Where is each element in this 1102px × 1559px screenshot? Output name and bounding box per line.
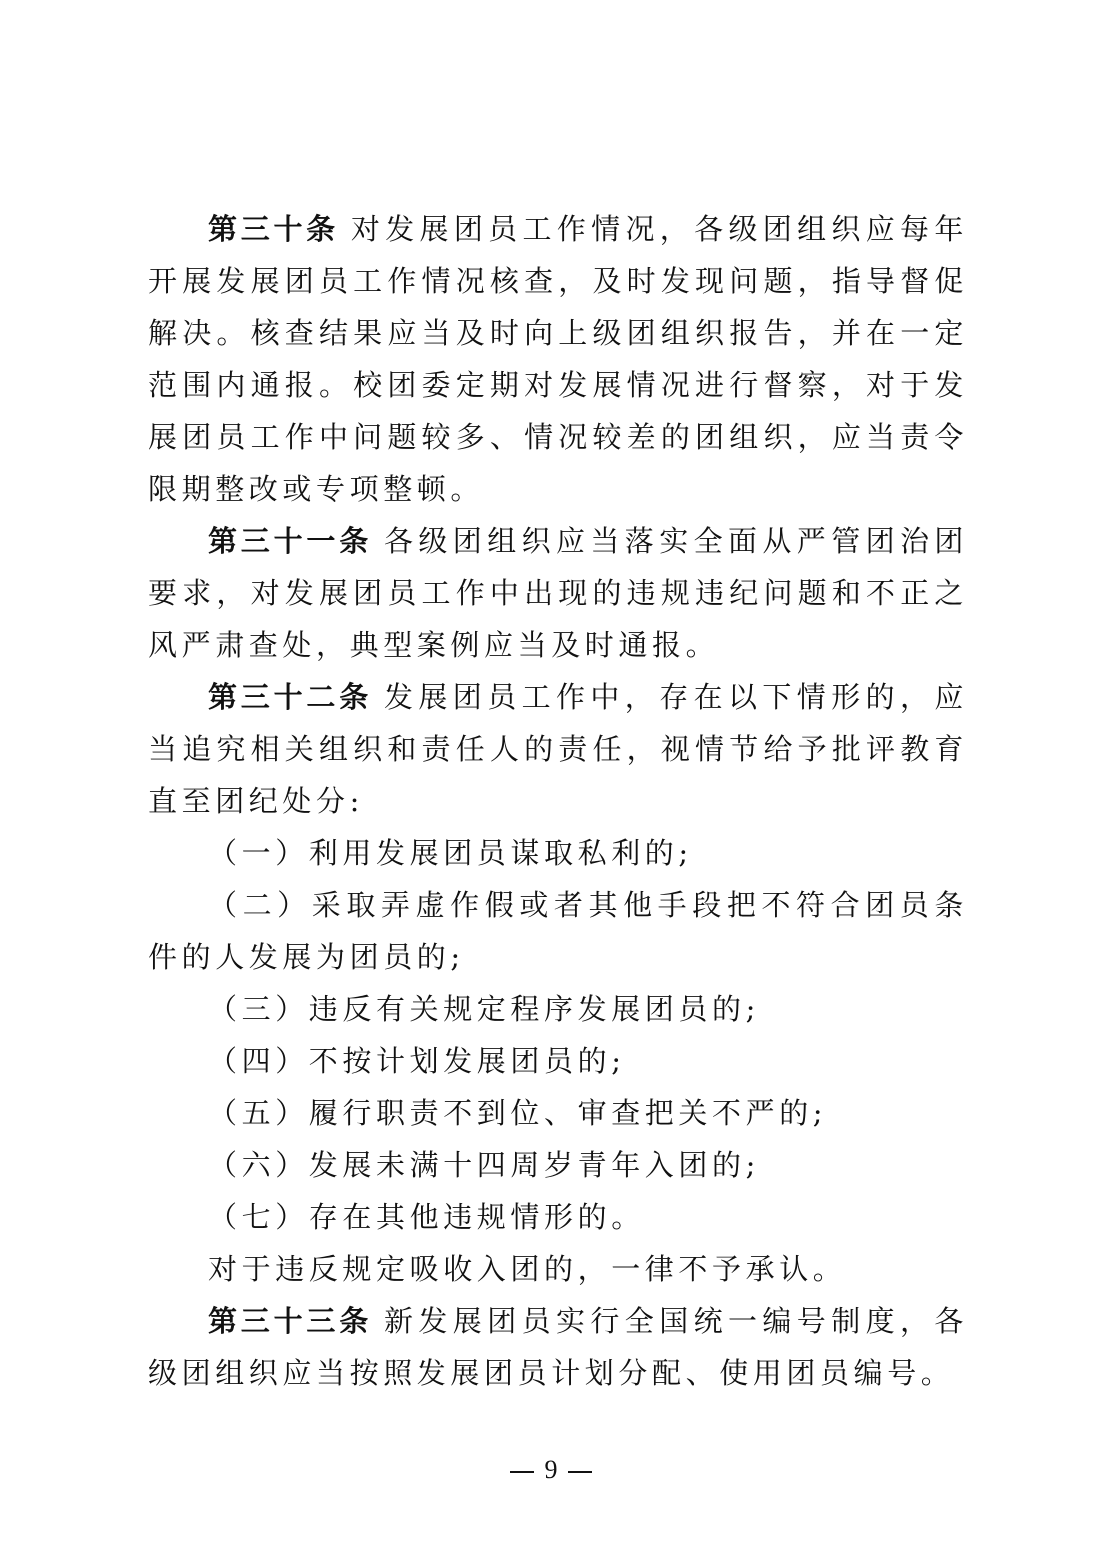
article-heading: 第三十条 [208, 212, 339, 246]
list-item: （七）存在其他违规情形的。 [148, 1191, 968, 1243]
article-33: 第三十三条新发展团员实行全国统一编号制度，各级团组织应当按照发展团员计划分配、使… [148, 1295, 968, 1399]
closing-statement: 对于违反规定吸收入团的，一律不予承认。 [148, 1243, 968, 1295]
article-heading: 第三十一条 [208, 524, 372, 558]
list-item: （一）利用发展团员谋取私利的; [148, 827, 968, 879]
list-item: （二）采取弄虚作假或者其他手段把不符合团员条件的人发展为团员的; [148, 879, 968, 983]
page-number: 9 [545, 1455, 558, 1484]
page-footer: 9 [0, 1455, 1102, 1485]
dash-right [568, 1471, 592, 1473]
article-32: 第三十二条发展团员工作中，存在以下情形的，应当追究相关组织和责任人的责任，视情节… [148, 671, 968, 827]
list-item: （三）违反有关规定程序发展团员的; [148, 983, 968, 1035]
document-body: 第三十条对发展团员工作情况，各级团组织应每年开展发展团员工作情况核查，及时发现问… [148, 203, 968, 1399]
list-item: （四）不按计划发展团员的; [148, 1035, 968, 1087]
article-31: 第三十一条各级团组织应当落实全面从严管团治团要求，对发展团员工作中出现的违规违纪… [148, 515, 968, 671]
article-text: 对发展团员工作情况，各级团组织应每年开展发展团员工作情况核查，及时发现问题，指导… [148, 212, 968, 506]
list-item: （六）发展未满十四周岁青年入团的; [148, 1139, 968, 1191]
article-heading: 第三十二条 [208, 680, 372, 714]
list-item: （五）履行职责不到位、审查把关不严的; [148, 1087, 968, 1139]
article-30: 第三十条对发展团员工作情况，各级团组织应每年开展发展团员工作情况核查，及时发现问… [148, 203, 968, 515]
dash-left [510, 1471, 534, 1473]
article-heading: 第三十三条 [208, 1304, 372, 1338]
